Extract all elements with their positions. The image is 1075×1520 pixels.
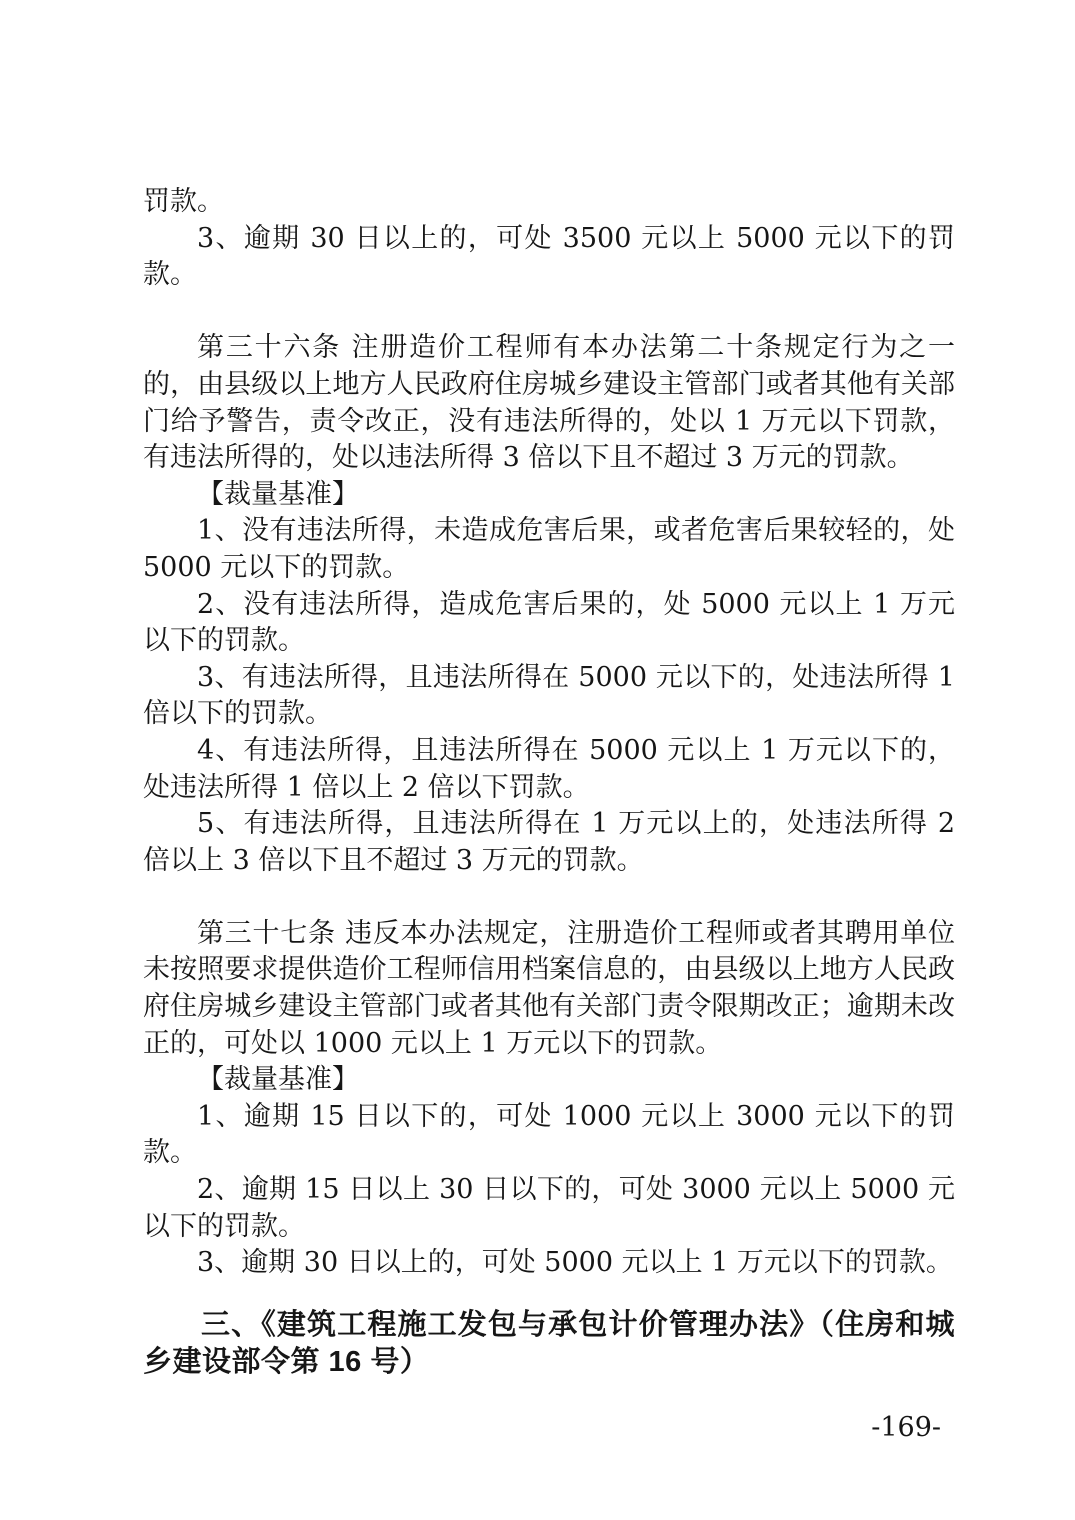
document-page: 罚款。 3、逾期 30 日以上的，可处 3500 元以上 5000 元以下的罚款… (0, 0, 1075, 1520)
penalty-item-36-4: 4、有违法所得，且违法所得在 5000 元以上 1 万元以下的，处违法所得 1 … (143, 733, 955, 806)
penalty-item-36-5: 5、有违法所得，且违法所得在 1 万元以上的，处违法所得 2 倍以上 3 倍以下… (143, 806, 955, 879)
discretion-standard-label-37: 【裁量基准】 (143, 1062, 955, 1099)
discretion-standard-label-36: 【裁量基准】 (143, 477, 955, 514)
penalty-item-36-3: 3、有违法所得，且违法所得在 5000 元以下的，处违法所得 1 倍以下的罚款。 (143, 660, 955, 733)
article-36-paragraph: 第三十六条 注册造价工程师有本办法第二十条规定行为之一的，由县级以上地方人民政府… (143, 330, 955, 476)
penalty-item-37-1: 1、逾期 15 日以下的，可处 1000 元以上 3000 元以下的罚款。 (143, 1099, 955, 1172)
document-body: 罚款。 3、逾期 30 日以上的，可处 3500 元以上 5000 元以下的罚款… (143, 184, 955, 1381)
page-number: -169- (143, 1410, 955, 1446)
section-heading: 三、《建筑工程施工发包与承包计价管理办法》（住房和城乡建设部令第 16 号） (143, 1307, 955, 1381)
article-37-paragraph: 第三十七条 违反本办法规定，注册造价工程师或者其聘用单位未按照要求提供造价工程师… (143, 916, 955, 1062)
paragraph-continuation: 罚款。 (143, 184, 955, 221)
penalty-item-37-2: 2、逾期 15 日以上 30 日以下的，可处 3000 元以上 5000 元以下… (143, 1172, 955, 1245)
penalty-item-37-3: 3、逾期 30 日以上的，可处 5000 元以上 1 万元以下的罚款。 (143, 1245, 955, 1282)
penalty-item-36-1: 1、没有违法所得，未造成危害后果，或者危害后果较轻的，处 5000 元以下的罚款… (143, 513, 955, 586)
penalty-item-36-2: 2、没有违法所得，造成危害后果的，处 5000 元以上 1 万元以下的罚款。 (143, 587, 955, 660)
penalty-item-overdue-30: 3、逾期 30 日以上的，可处 3500 元以上 5000 元以下的罚款。 (143, 221, 955, 294)
